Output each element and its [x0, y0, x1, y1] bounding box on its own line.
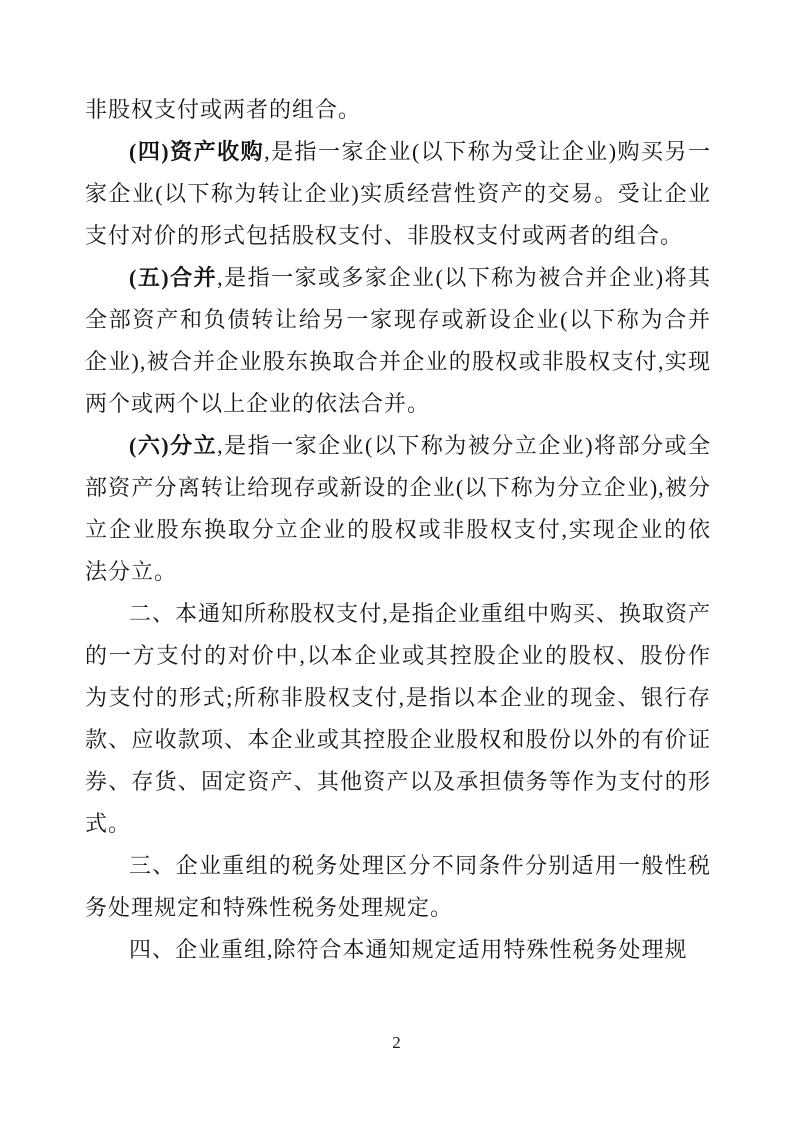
paragraph-continuation: 非股权支付或两者的组合。 [85, 89, 711, 131]
paragraph-article-3-tax-treatment: 三、企业重组的税务处理区分不同条件分别适用一般性税务处理规定和特殊性税务处理规定… [85, 845, 711, 929]
paragraph-bold-term: (四)资产收购 [129, 139, 264, 164]
document-page: 非股权支付或两者的组合。 (四)资产收购,是指一家企业(以下称为受让企业)购买另… [0, 0, 793, 1122]
paragraph-text: 三、企业重组的税务处理区分不同条件分别适用一般性税务处理规定和特殊性税务处理规定… [85, 853, 711, 920]
paragraph-bold-term: (六)分立 [129, 433, 217, 458]
paragraph-item-5-merger: (五)合并,是指一家或多家企业(以下称为被合并企业)将其全部资产和负债转让给另一… [85, 257, 711, 425]
paragraph-text: 四、企业重组,除符合本通知规定适用特殊性税务处理规 [129, 937, 688, 962]
paragraph-item-4-asset-acquisition: (四)资产收购,是指一家企业(以下称为受让企业)购买另一家企业(以下称为转让企业… [85, 131, 711, 257]
paragraph-bold-term: (五)合并 [129, 265, 217, 290]
document-body: 非股权支付或两者的组合。 (四)资产收购,是指一家企业(以下称为受让企业)购买另… [85, 89, 711, 971]
paragraph-text: 非股权支付或两者的组合。 [85, 97, 361, 122]
paragraph-article-4-general-rule: 四、企业重组,除符合本通知规定适用特殊性税务处理规 [85, 929, 711, 971]
paragraph-text: 二、本通知所称股权支付,是指企业重组中购买、换取资产的一方支付的对价中,以本企业… [85, 601, 711, 836]
paragraph-item-6-division: (六)分立,是指一家企业(以下称为被分立企业)将部分或全部资产分离转让给现存或新… [85, 425, 711, 593]
paragraph-article-2-equity-payment: 二、本通知所称股权支付,是指企业重组中购买、换取资产的一方支付的对价中,以本企业… [85, 593, 711, 845]
page-number: 2 [0, 1031, 793, 1055]
